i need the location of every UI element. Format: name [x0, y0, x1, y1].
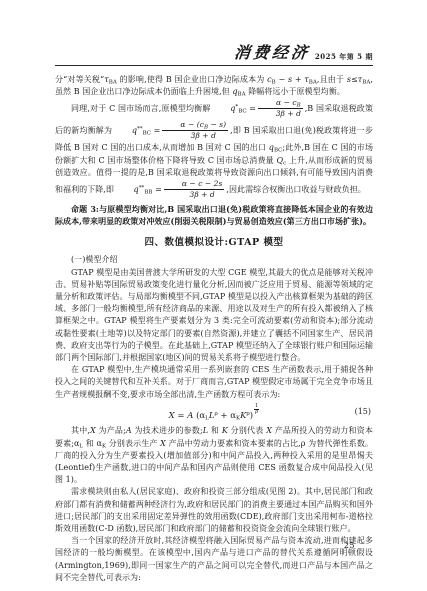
paragraph-open-economy: 当一个国家的经济开放时,其经济模型将融入国际贸易产品与资本流动,进而构建起多国经… — [55, 535, 373, 584]
proposition-3: 命题 3:与原模型均衡对比,B 国采取出口退(免)税政策将直接降低本国企业的有效… — [55, 203, 373, 227]
page-header: 消费经济 2025 年第 5 期 — [55, 40, 373, 62]
fraction: α − (cB − s)3β + d — [162, 120, 228, 140]
page-number: 25 — [344, 541, 355, 550]
inline-formula-qbb-doublestar: q**BB =α − c − 2s3β + d — [118, 179, 226, 201]
equation-body: X = A (αLLρ + αKKρ)1ρ — [169, 411, 260, 421]
paragraph-production-module: 在 GTAP 模型中,生产模块通常采用一系列嵌套的 CES 生产函数表示,用于捕… — [55, 364, 373, 401]
paragraph-text: 同理,对于 C 国市场而言,原模型均衡解 — [71, 104, 211, 113]
inline-formula-qbc-star: q*BC =α − cB3β + d — [214, 98, 303, 120]
journal-title: 消费经济 — [233, 44, 311, 62]
equation-number: (15) — [355, 405, 371, 419]
fraction: α − cB3β + d — [258, 98, 303, 118]
paragraph-equilibrium: 同理,对于 C 国市场而言,原模型均衡解 q*BC =α − cB3β + d,… — [55, 98, 373, 201]
issue-label: 2025 年第 5 期 — [315, 52, 373, 62]
paragraph-continuation: 分“对等关税”τBA 的影响,使得 B 国企业出口净边际成本为 cB − s +… — [55, 74, 373, 98]
subsection-heading: (一)模型介绍 — [55, 254, 373, 266]
paragraph-demand-module: 需求模块则由私人(居民家庭)、政府和投资三部分组成(见图 2)。其中,居民部门和… — [55, 486, 373, 535]
fraction: α − c − 2s3β + d — [164, 179, 225, 199]
header-divider — [55, 65, 373, 66]
exponent-fraction: 1ρ — [254, 404, 259, 416]
paragraph-variables: 其中,X 为产品;A 为技术进步的参数;L 和 K 分别代表 X 产品所投入的劳… — [55, 425, 373, 486]
paragraph-text: ,因此需综合权衡出口收益与财政负担。 — [226, 185, 365, 194]
inline-formula-qbc-doublestar: q**BC =α − (cB − s)3β + d — [116, 120, 229, 142]
equation-15: X = A (αLLρ + αKKρ)1ρ (15) — [55, 404, 373, 424]
paragraph-gtap-intro: GTAP 模型是由美国普渡大学所研发的大型 CGE 模型,其最大的优点是能够对关… — [55, 267, 373, 365]
paper-page: 消费经济 2025 年第 5 期 分“对等关税”τBA 的影响,使得 B 国企业… — [0, 0, 427, 591]
section-heading: 四、数值模拟设计:GTAP 模型 — [55, 234, 373, 248]
page-body: 分“对等关税”τBA 的影响,使得 B 国企业出口净边际成本为 cB − s +… — [55, 74, 373, 584]
